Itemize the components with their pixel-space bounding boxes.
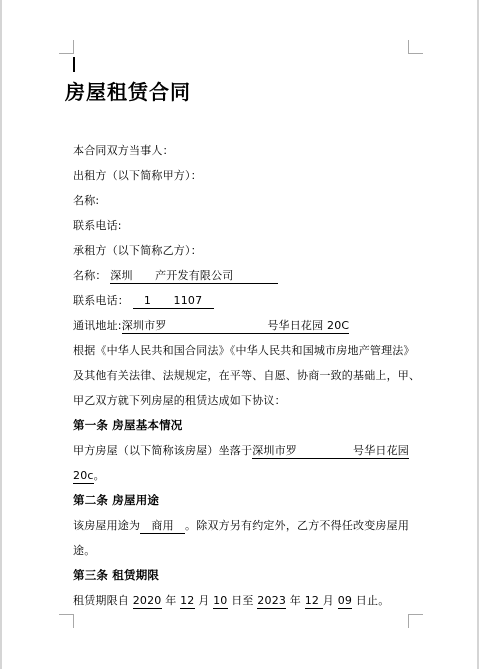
text-run: 出租方（以下简称甲方）： [73, 169, 202, 182]
line-lessor-phone[interactable]: 联系电话: [73, 213, 410, 238]
text-run: 年 [286, 594, 305, 607]
text-run: 甲方房屋（以下简称该房屋）坐落于 [73, 444, 252, 457]
text-run: 日止。 [352, 594, 389, 607]
line-article2-usage-1[interactable]: 该房屋用途为 商用 。除双方另有约定外，乙方不得任改变房屋用 [73, 513, 410, 538]
heading-article-2[interactable]: 第二条 房屋用途 [73, 488, 410, 513]
underlined-fill-in: 1 1107 [133, 294, 214, 309]
line-legal-basis-2[interactable]: 及其他有关法律、法规规定，在平等、自愿、协商一致的基础上，甲、 [73, 363, 410, 388]
underlined-fill-in: 20c [73, 469, 94, 484]
underlined-fill-in: 09 [338, 594, 352, 609]
text-run: 承租方（以下简称乙方）： [73, 244, 202, 257]
text-run: 月 [323, 594, 338, 607]
window-edge-left [0, 0, 2, 669]
underlined-fill-in: 12 [305, 594, 323, 609]
line-lessor-name[interactable]: 名称: [73, 188, 410, 213]
underlined-fill-in: 深圳市罗 号华日花园 20C [122, 319, 350, 334]
line-legal-basis-1[interactable]: 根据《中华人民共和国合同法》《中华人民共和国城市房地产管理法》 [73, 338, 410, 363]
text-run: 第一条 房屋基本情况 [73, 418, 183, 432]
text-run: 通讯地址: [73, 319, 122, 332]
heading-article-3[interactable]: 第三条 租赁期限 [73, 563, 410, 588]
line-legal-basis-3[interactable]: 甲乙双方就下列房屋的租赁达成如下协议： [73, 388, 410, 413]
line-parties-intro[interactable]: 本合同双方当事人： [73, 138, 410, 163]
text-run: 。除双方另有约定外，乙方不得任改变房屋用 [185, 519, 409, 532]
text-run: 租赁期限自 [73, 594, 133, 607]
line-article2-usage-2[interactable]: 途。 [73, 538, 410, 563]
underlined-fill-in: 2020 [133, 594, 162, 609]
text-run: 日至 [228, 594, 258, 607]
margin-crop-mark-bottom-left [59, 614, 74, 628]
empty-first-line[interactable] [73, 53, 410, 79]
text-run: 根据《中华人民共和国合同法》《中华人民共和国城市房地产管理法》 [73, 344, 415, 357]
underlined-fill-in: 12 [180, 594, 194, 609]
line-article1-location-2[interactable]: 20c。 [73, 463, 410, 488]
underlined-fill-in: 10 [213, 594, 227, 609]
text-run: 本合同双方当事人： [73, 144, 174, 157]
text-run: 名称： [73, 269, 110, 282]
underlined-fill-in: 深圳 产开发有限公司 [110, 269, 278, 284]
underlined-fill-in: 深圳市罗 号华日花园 [252, 444, 409, 459]
line-lessee-phone[interactable]: 联系电话： 1 1107 [73, 288, 410, 313]
document-text-area[interactable]: 房屋租赁合同 本合同双方当事人：出租方（以下简称甲方）：名称:联系电话:承租方（… [73, 53, 410, 613]
line-article1-location-1[interactable]: 甲方房屋（以下简称该房屋）坐落于深圳市罗 号华日花园 [73, 438, 410, 463]
line-article3-term[interactable]: 租赁期限自 2020 年 12 月 10 日至 2023 年 12 月 09 日… [73, 588, 410, 613]
text-run: 联系电话: [73, 219, 122, 232]
text-run: 该房屋用途为 [73, 519, 140, 532]
margin-crop-mark-bottom-right [408, 614, 423, 628]
text-run: 月 [195, 594, 214, 607]
text-run: 。 [94, 469, 105, 482]
line-lessee-name[interactable]: 名称： 深圳 产开发有限公司 [73, 263, 410, 288]
text-run: 第二条 房屋用途 [73, 493, 159, 507]
text-run: 及其他有关法律、法规规定，在平等、自愿、协商一致的基础上，甲、 [73, 369, 420, 382]
text-run: 甲乙双方就下列房屋的租赁达成如下协议： [73, 394, 286, 407]
margin-crop-mark-top-left [59, 40, 74, 54]
underlined-fill-in: 商用 [140, 519, 185, 534]
text-run: 第三条 租赁期限 [73, 568, 159, 582]
text-run: 年 [162, 594, 181, 607]
text-run: 联系电话： [73, 294, 133, 307]
line-lessee-address[interactable]: 通讯地址:深圳市罗 号华日花园 20C [73, 313, 410, 338]
heading-article-1[interactable]: 第一条 房屋基本情况 [73, 413, 410, 438]
text-cursor [73, 57, 75, 72]
word-processor-page: 房屋租赁合同 本合同双方当事人：出租方（以下简称甲方）：名称:联系电话:承租方（… [0, 0, 480, 669]
underlined-fill-in: 2023 [257, 594, 286, 609]
line-lessee[interactable]: 承租方（以下简称乙方）： [73, 238, 410, 263]
text-run: 名称: [73, 194, 99, 207]
line-lessor[interactable]: 出租方（以下简称甲方）： [73, 163, 410, 188]
document-body[interactable]: 本合同双方当事人：出租方（以下简称甲方）：名称:联系电话:承租方（以下简称乙方）… [73, 138, 410, 613]
window-edge-right [477, 0, 479, 669]
margin-crop-mark-top-right [408, 40, 423, 54]
document-title[interactable]: 房屋租赁合同 [65, 79, 410, 105]
text-run: 途。 [73, 544, 95, 557]
